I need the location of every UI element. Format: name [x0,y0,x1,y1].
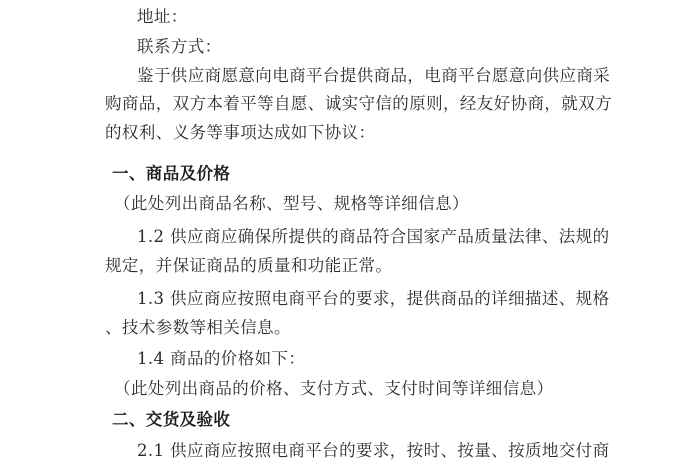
clause-1-2-line-2: 规定，并保证商品的质量和功能正常。 [105,256,585,276]
preamble-line-3: 的权利、义务等事项达成如下协议： [105,123,585,143]
clause-1-2-line-1: 1.2 供应商应确保所提供的商品符合国家产品质量法律、法规的 [137,227,583,247]
address-label: 地址： [137,7,617,27]
section-heading-goods-price: 一、商品及价格 [112,164,592,184]
preamble-line-2: 购商品，双方本着平等自愿、诚实守信的原则，经友好协商，就双方 [105,94,583,114]
placeholder-price-info: （此处列出商品的价格、支付方式、支付时间等详细信息） [114,379,594,399]
clause-1-3-line-2: 、技术参数等相关信息。 [105,318,585,338]
placeholder-goods-info: （此处列出商品名称、型号、规格等详细信息） [114,194,594,214]
clause-1-4: 1.4 商品的价格如下： [137,349,617,369]
clause-1-3-line-1: 1.3 供应商应按照电商平台的要求，提供商品的详细描述、规格 [137,289,583,309]
clause-2-1-line-1: 2.1 供应商应按照电商平台的要求，按时、按量、按质地交付商 [137,441,583,461]
section-heading-delivery-acceptance: 二、交货及验收 [112,410,592,430]
preamble-line-1: 鉴于供应商愿意向电商平台提供商品，电商平台愿意向供应商采 [137,66,583,86]
document-page: 地址： 联系方式： 鉴于供应商愿意向电商平台提供商品，电商平台愿意向供应商采 购… [0,0,700,470]
contact-label: 联系方式： [137,37,617,57]
